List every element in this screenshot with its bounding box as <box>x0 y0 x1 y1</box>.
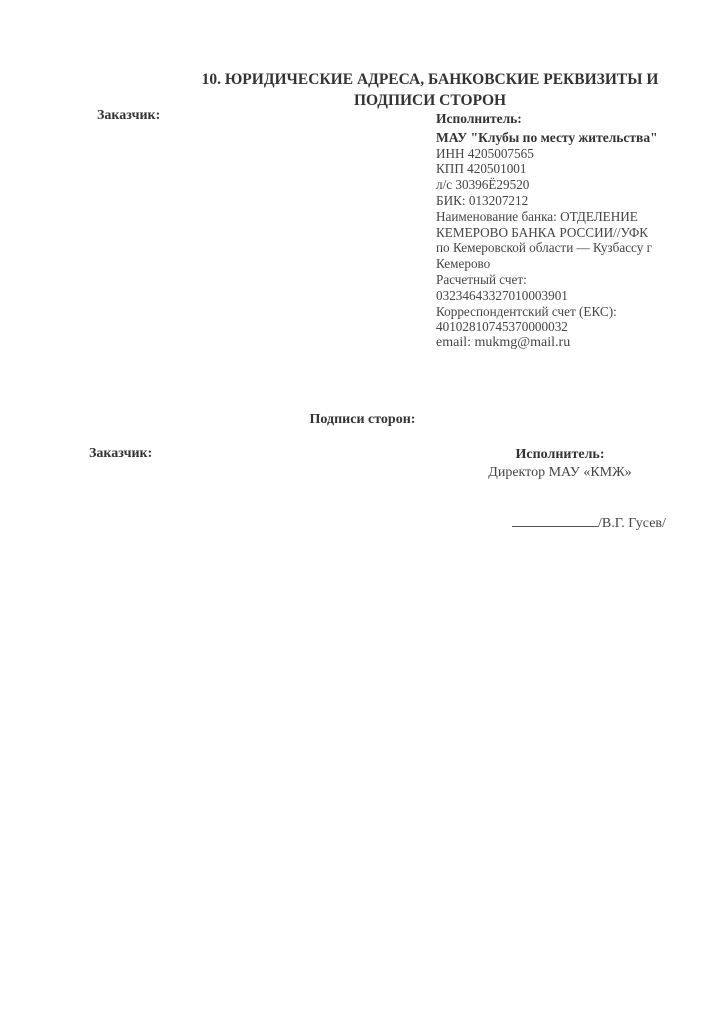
executor-inn: ИНН 4205007565 <box>436 146 658 162</box>
executor-bik: БИК: 013207212 <box>436 193 658 209</box>
section-title: 10. ЮРИДИЧЕСКИЕ АДРЕСА, БАНКОВСКИЕ РЕКВИ… <box>180 69 680 111</box>
executor-settlement-account: 03234643327010003901 <box>436 288 658 304</box>
section-title-line-2: ПОДПИСИ СТОРОН <box>180 90 680 111</box>
executor-label: Исполнитель: <box>436 111 658 127</box>
signature-executor-label: Исполнитель: <box>470 447 650 463</box>
executor-email: email: mukmg@mail.ru <box>436 335 658 351</box>
customer-label: Заказчик: <box>97 108 160 124</box>
signature-executor-role: Директор МАУ «КМЖ» <box>470 465 650 481</box>
executor-details: Исполнитель: МАУ "Клубы по месту жительс… <box>436 111 658 351</box>
signature-line: /В.Г. Гусев/ <box>512 514 666 532</box>
signature-blank <box>512 514 598 527</box>
signature-name: /В.Г. Гусев/ <box>598 516 666 531</box>
executor-bank-name-cont: КЕМЕРОВО БАНКА РОССИИ//УФК <box>436 225 658 241</box>
signature-customer-label: Заказчик: <box>89 446 152 462</box>
executor-bank-name: Наименование банка: ОТДЕЛЕНИЕ <box>436 209 658 225</box>
section-title-line-1: 10. ЮРИДИЧЕСКИЕ АДРЕСА, БАНКОВСКИЕ РЕКВИ… <box>180 69 680 90</box>
executor-bank-region: по Кемеровской области — Кузбассу г <box>436 240 658 256</box>
signatures-title: Подписи сторон: <box>0 412 725 428</box>
executor-corr-label: Корреспондентский счет (ЕКС): <box>436 304 658 320</box>
signature-executor-block: Исполнитель: Директор МАУ «КМЖ» <box>470 447 650 481</box>
executor-settlement-label: Расчетный счет: <box>436 272 658 288</box>
executor-name: МАУ "Клубы по месту жительства" <box>436 130 658 146</box>
executor-account: л/с 30396Ё29520 <box>436 177 658 193</box>
executor-corr-account: 40102810745370000032 <box>436 319 658 335</box>
executor-bank-city: Кемерово <box>436 256 658 272</box>
executor-kpp: КПП 420501001 <box>436 161 658 177</box>
